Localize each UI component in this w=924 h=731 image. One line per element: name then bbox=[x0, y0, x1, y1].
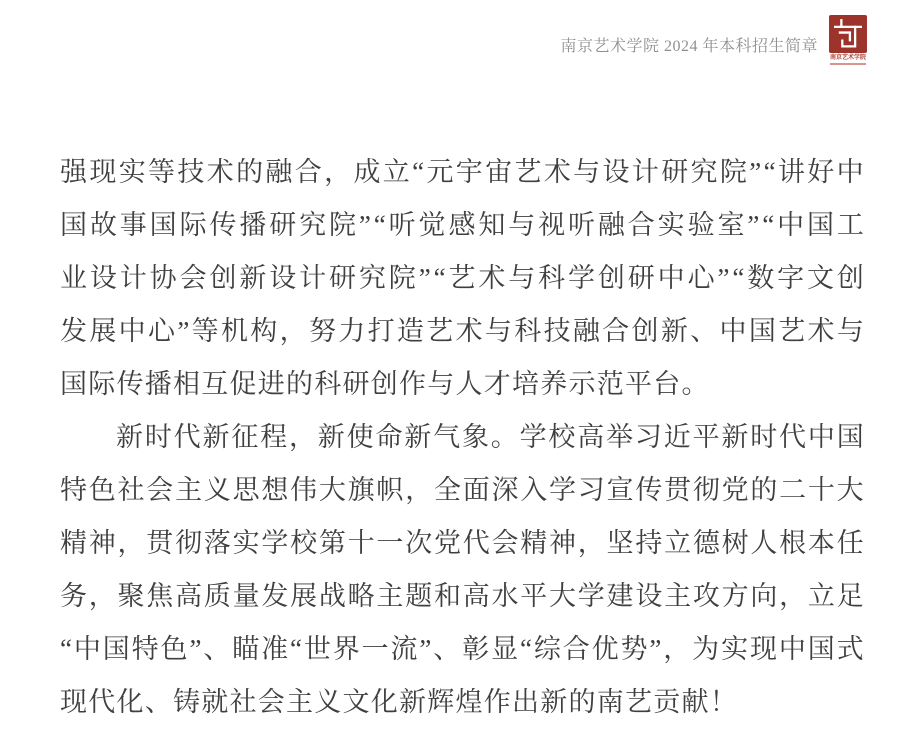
body-line: 强现实等技术的融合，成立“元宇宙艺术与设计研究院”“讲好中 bbox=[60, 146, 864, 199]
university-seal: 南京艺术学院 bbox=[827, 15, 869, 65]
body-line: 国故事国际传播研究院”“听觉感知与视听融合实验室”“中国工 bbox=[60, 199, 864, 252]
document-body: 强现实等技术的融合，成立“元宇宙艺术与设计研究院”“讲好中国故事国际传播研究院”… bbox=[60, 146, 864, 729]
body-line: 务，聚焦高质量发展战略主题和高水平大学建设主攻方向，立足 bbox=[60, 570, 864, 623]
university-seal-icon bbox=[829, 15, 867, 53]
body-line: “中国特色”、瞄准“世界一流”、彰显“综合优势”，为实现中国式 bbox=[60, 623, 864, 676]
body-line: 特色社会主义思想伟大旗帜，全面深入学习宣传贯彻党的二十大 bbox=[60, 464, 864, 517]
body-line: 新时代新征程，新使命新气象。学校高举习近平新时代中国 bbox=[60, 411, 864, 464]
body-line: 现代化、铸就社会主义文化新辉煌作出新的南艺贡献！ bbox=[60, 676, 737, 729]
body-line: 国际传播相互促进的科研创作与人才培养示范平台。 bbox=[60, 358, 709, 411]
seal-caption: 南京艺术学院 bbox=[827, 55, 869, 62]
body-line: 发展中心”等机构，努力打造艺术与科技融合创新、中国艺术与 bbox=[60, 305, 864, 358]
page-header-title: 南京艺术学院 2024 年本科招生简章 bbox=[560, 37, 818, 56]
body-line: 精神，贯彻落实学校第十一次党代会精神，坚持立德树人根本任 bbox=[60, 517, 864, 570]
body-line: 业设计协会创新设计研究院”“艺术与科学创研中心”“数字文创 bbox=[60, 252, 864, 305]
seal-caption-underline bbox=[830, 63, 866, 65]
